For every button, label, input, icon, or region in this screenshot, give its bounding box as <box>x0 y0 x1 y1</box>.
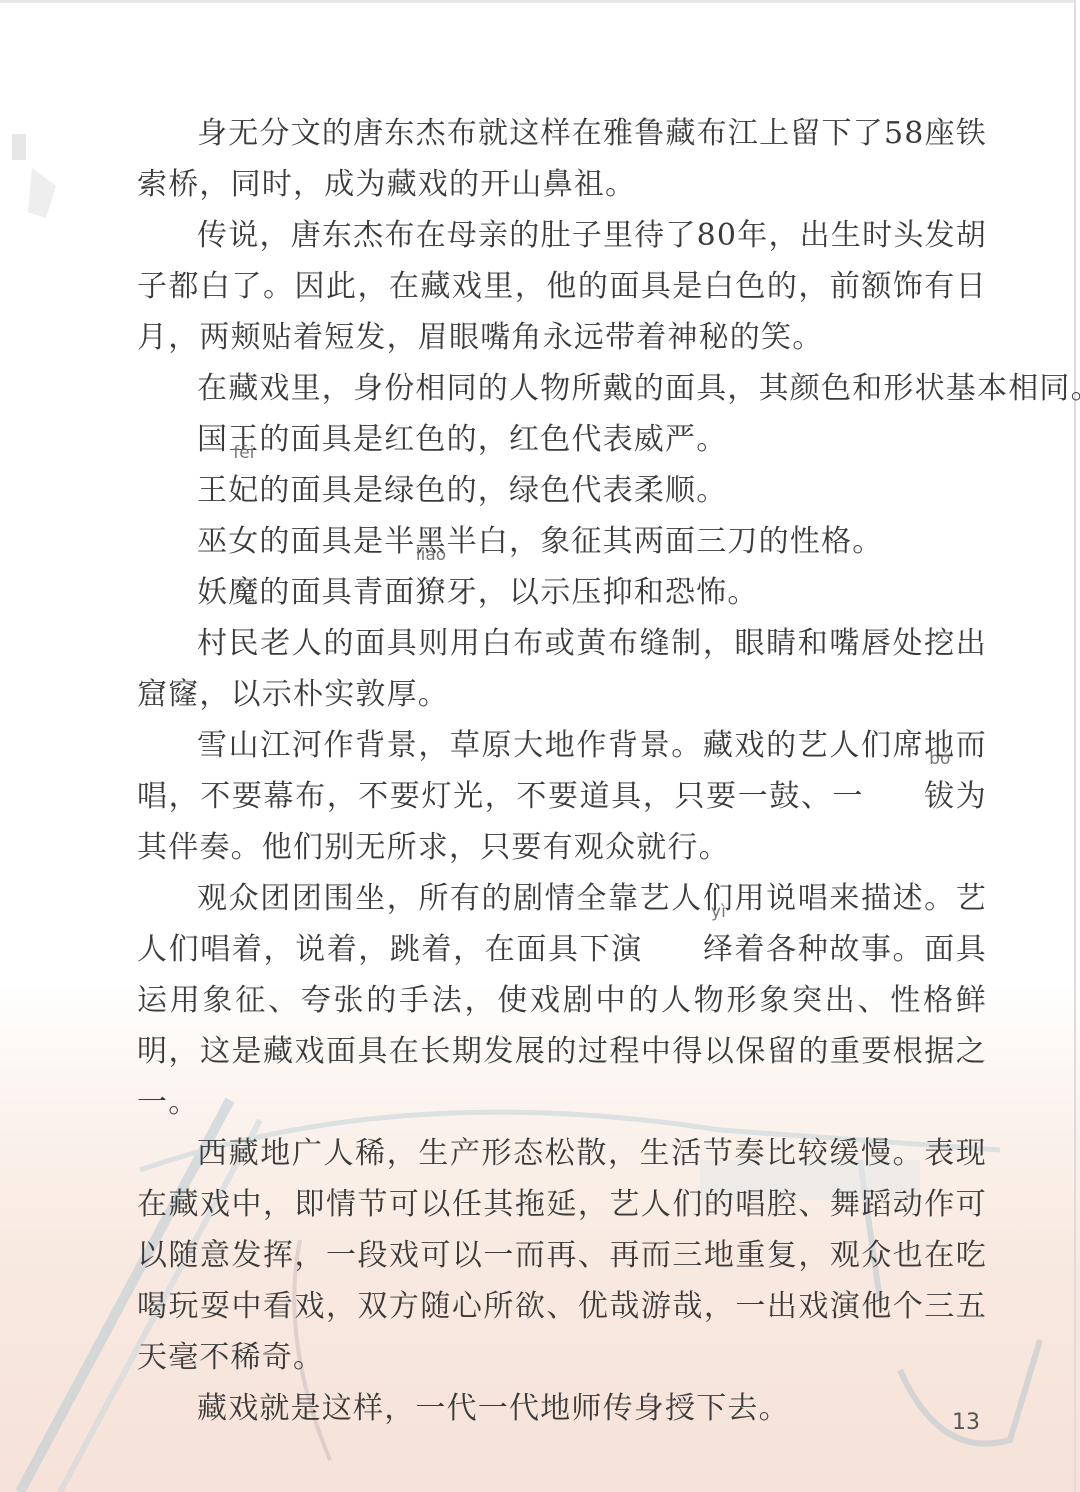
pinyin-annotation: fēi <box>233 445 254 462</box>
paragraph-3: 在藏戏里，身份相同的人物所戴的面具，其颜色和形状基本相同。 <box>137 363 987 414</box>
page-top-edge <box>0 0 1074 3</box>
text-segment: 的面具是绿色的，绿色代表柔顺。 <box>259 473 727 508</box>
book-page: 身无分文的唐东杰布就这样在雅鲁藏布江上留下了58座铁索桥，同时，成为藏戏的开山鼻… <box>0 0 1080 1492</box>
ruby-annotated-char: fēi妃 <box>228 465 259 516</box>
text-segment: 王 <box>197 473 228 508</box>
paragraph-12: 藏戏就是这样，一代一代地师传身授下去。 <box>137 1383 987 1434</box>
ruby-annotated-char: yì绎 <box>643 924 734 975</box>
ruby-annotated-char: bó钹 <box>864 771 955 822</box>
text-segment: 牙，以示压抑和恐怖。 <box>447 575 759 610</box>
paragraph-10: 观众团团围坐，所有的剧情全靠艺人们用说唱来描述。艺人们唱着，说着，跳着，在面具下… <box>137 873 987 1128</box>
paragraph-11: 西藏地广人稀，生产形态松散，生活节奏比较缓慢。表现在藏戏中，即情节可以任其拖延，… <box>137 1128 987 1383</box>
pinyin-annotation: yì <box>651 904 726 921</box>
ruby-base: 绎 <box>703 932 734 967</box>
pinyin-annotation: bó <box>869 751 950 768</box>
paragraph-8: 村民老人的面具则用白布或黄布缝制，眼睛和嘴唇处挖出窟窿，以示朴实敦厚。 <box>137 618 987 720</box>
ruby-base: 妃 <box>228 473 259 508</box>
paragraph-7: 妖魔的面具青面liáo獠牙，以示压抑和恐怖。 <box>137 567 987 618</box>
paragraph-1: 身无分文的唐东杰布就这样在雅鲁藏布江上留下了58座铁索桥，同时，成为藏戏的开山鼻… <box>137 108 987 210</box>
text-segment: 雪山江河作背景，草原大地作背景。藏戏的艺人们席地而唱，不要幕布，不要灯光，不要道… <box>137 728 987 814</box>
ruby-annotated-char: liáo獠 <box>415 567 446 618</box>
paragraph-6: 巫女的面具是半黑半白，象征其两面三刀的性格。 <box>137 516 987 567</box>
ruby-base: 獠 <box>415 575 446 610</box>
pinyin-annotation: liáo <box>416 547 446 564</box>
paragraph-9: 雪山江河作背景，草原大地作背景。藏戏的艺人们席地而唱，不要幕布，不要灯光，不要道… <box>137 720 987 873</box>
ruby-base: 钹 <box>924 779 955 814</box>
paragraph-2: 传说，唐东杰布在母亲的肚子里待了80年，出生时头发胡子都白了。因此，在藏戏里，他… <box>137 210 987 363</box>
article-body: 身无分文的唐东杰布就这样在雅鲁藏布江上留下了58座铁索桥，同时，成为藏戏的开山鼻… <box>137 108 987 1434</box>
page-number: 13 <box>952 1410 980 1435</box>
paragraph-4: 国王的面具是红色的，红色代表威严。 <box>137 414 987 465</box>
page-right-edge <box>1074 0 1076 1492</box>
paragraph-5: 王fēi妃的面具是绿色的，绿色代表柔顺。 <box>137 465 987 516</box>
text-segment: 妖魔的面具青面 <box>197 575 415 610</box>
edge-illustration-fragment <box>6 128 60 224</box>
